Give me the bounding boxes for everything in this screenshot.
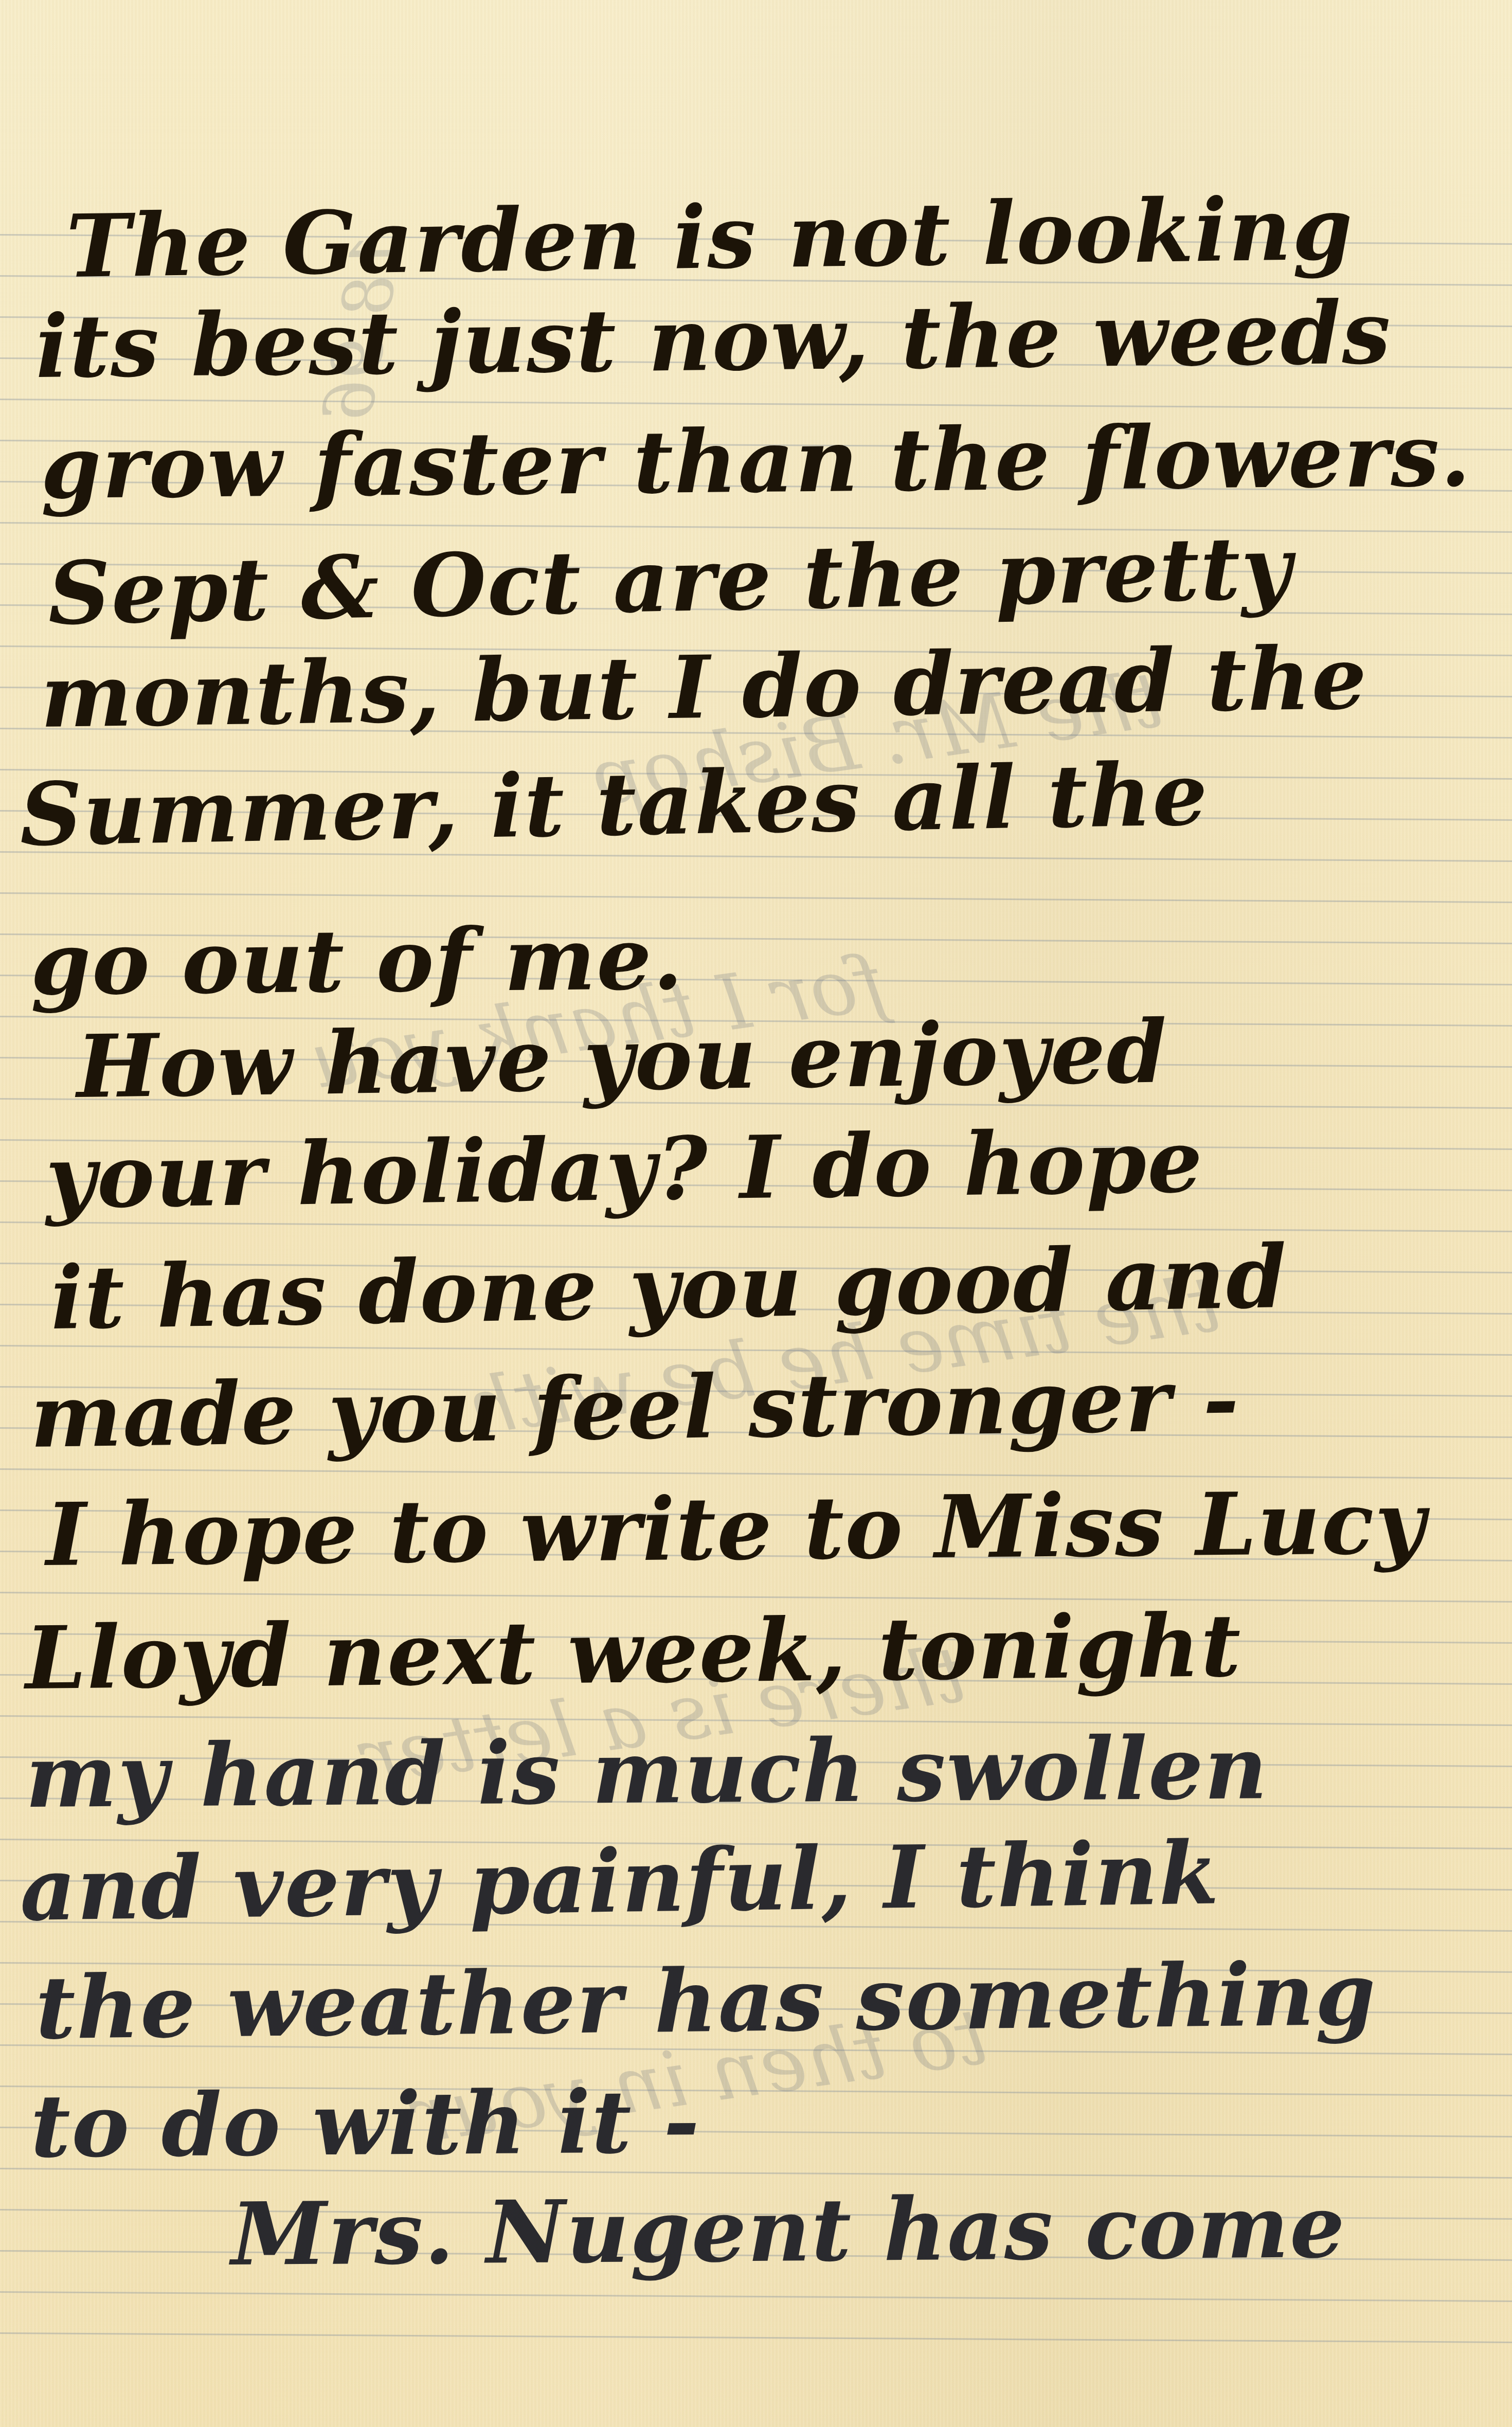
- letter-line-18: Mrs. Nugent has come: [231, 2183, 1346, 2277]
- ruled-line: [0, 2332, 1512, 2343]
- letter-line-16: the weather has something: [35, 1951, 1377, 2051]
- letter-line-13: Lloyd next week, tonight: [25, 1602, 1242, 1701]
- ruled-line: [0, 892, 1512, 903]
- ruled-line: [0, 2291, 1512, 2302]
- letter-line-11: made you feel stronger -: [30, 1356, 1240, 1460]
- letter-line-9: your holiday? I do hope: [45, 1118, 1204, 1220]
- ruled-line: [0, 1345, 1512, 1356]
- letter-line-2: its best just now, the weeds: [35, 289, 1392, 390]
- letter-line-3: grow faster than the flowers.: [41, 412, 1472, 511]
- letter-line-8: How have you enjoyed: [76, 1008, 1168, 1110]
- letter-line-12: I hope to write to Miss Lucy: [46, 1480, 1427, 1578]
- letter-line-17: to do with it -: [30, 2078, 701, 2169]
- letter-line-5: months, but I do dread the: [40, 635, 1368, 740]
- letter-line-15: and very painful, I think: [20, 1829, 1220, 1933]
- letter-line-4: Sept & Oct are the pretty: [47, 524, 1293, 637]
- letter-line-14: my hand is much swollen: [25, 1724, 1269, 1820]
- letter-line-10: it has done you good and: [50, 1233, 1288, 1341]
- letter-line-6: Summer, it takes all the: [19, 751, 1209, 858]
- letter-line-1: The Garden is not looking: [66, 185, 1354, 290]
- letter-page: 18 96 the Mr. Bishop for I thank you the…: [0, 0, 1512, 2427]
- letter-line-7: go out of me.: [30, 915, 685, 1007]
